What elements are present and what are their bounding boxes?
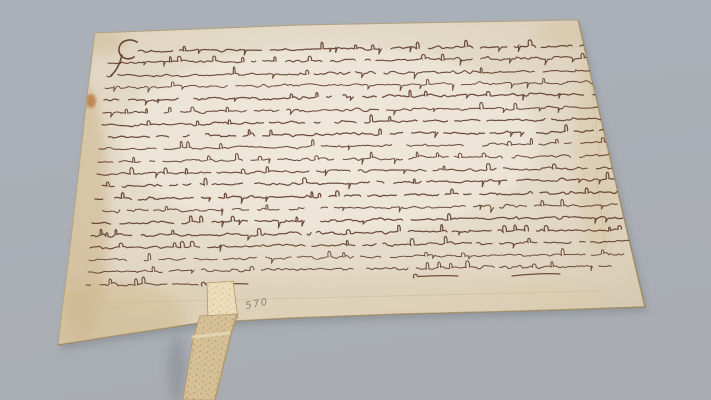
stain-blotch [86, 94, 96, 108]
scene-svg: 570 [0, 0, 711, 400]
photo-of-parchment-charter: 570 [0, 0, 711, 400]
